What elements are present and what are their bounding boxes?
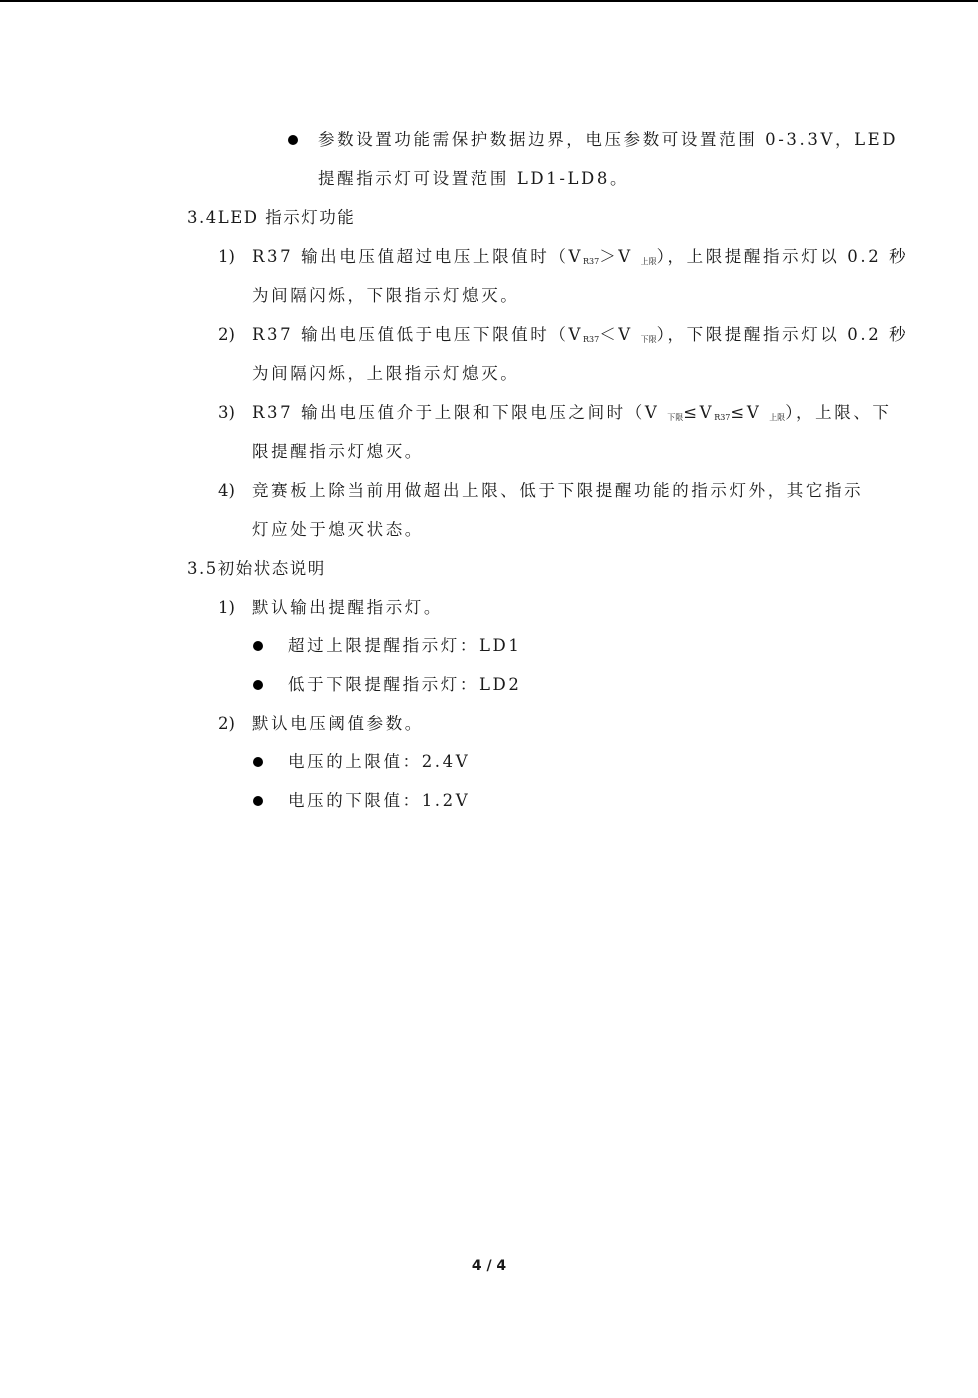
subscript: 上限 xyxy=(769,413,785,422)
subscript: R37 xyxy=(583,257,599,266)
item-number: 3) xyxy=(218,402,235,424)
text: ＜V xyxy=(599,325,640,344)
section-3-4-heading: 3.4LED 指示灯功能 xyxy=(187,207,355,229)
text: R37 输出电压值超过电压上限值时（V xyxy=(252,247,583,266)
text: ），下限提醒指示灯以 0.2 秒 xyxy=(657,325,909,344)
param-boundary-text-line2: 提醒指示灯可设置范围 LD1-LD8。 xyxy=(318,168,629,190)
led-rule-3-line2: 限提醒指示灯熄灭。 xyxy=(252,441,424,463)
bullet-icon xyxy=(253,796,263,806)
subscript: 上限 xyxy=(641,257,657,266)
lower-limit-led-text: 低于下限提醒指示灯：LD2 xyxy=(288,674,521,696)
item-number: 1) xyxy=(218,597,235,619)
led-rule-2-line1: R37 输出电压值低于电压下限值时（VR37＜V 下限），下限提醒指示灯以 0.… xyxy=(252,324,908,351)
page-number: 4 / 4 xyxy=(0,1258,978,1274)
subscript: 下限 xyxy=(667,413,683,422)
param-boundary-text-line1: 参数设置功能需保护数据边界，电压参数可设置范围 0-3.3V，LED xyxy=(318,129,898,151)
subscript: R37 xyxy=(714,413,730,422)
section-3-5-heading: 3.5初始状态说明 xyxy=(187,558,326,580)
top-border-line xyxy=(0,0,978,2)
text: R37 输出电压值介于上限和下限电压之间时（V xyxy=(252,403,667,422)
bullet-icon xyxy=(253,757,263,767)
led-rule-2-line2: 为间隔闪烁，上限指示灯熄灭。 xyxy=(252,363,519,385)
item-number: 1) xyxy=(218,246,235,268)
lower-voltage-text: 电压的下限值：1.2V xyxy=(288,790,470,812)
led-rule-1-line1: R37 输出电压值超过电压上限值时（VR37＞V 上限），上限提醒指示灯以 0.… xyxy=(252,246,908,273)
item-number: 2) xyxy=(218,713,235,735)
led-rule-4-line2: 灯应处于熄灭状态。 xyxy=(252,519,424,541)
led-rule-1-line2: 为间隔闪烁，下限指示灯熄灭。 xyxy=(252,285,519,307)
bullet-icon xyxy=(253,680,263,690)
subscript: R37 xyxy=(583,335,599,344)
upper-voltage-text: 电压的上限值：2.4V xyxy=(288,751,470,773)
bullet-icon xyxy=(253,641,263,651)
text: ），上限提醒指示灯以 0.2 秒 xyxy=(657,247,909,266)
bullet-icon xyxy=(288,135,298,145)
default-voltage-text: 默认电压阈值参数。 xyxy=(252,713,424,735)
text: ＞V xyxy=(599,247,640,266)
text: ），上限、下 xyxy=(785,403,891,422)
item-number: 4) xyxy=(218,480,235,502)
subscript: 下限 xyxy=(641,335,657,344)
upper-limit-led-text: 超过上限提醒指示灯：LD1 xyxy=(288,635,521,657)
text: ≤V xyxy=(683,403,714,422)
default-led-text: 默认输出提醒指示灯。 xyxy=(252,597,443,619)
led-rule-3-line1: R37 输出电压值介于上限和下限电压之间时（V 下限≤VR37≤V 上限），上限… xyxy=(252,402,892,429)
item-number: 2) xyxy=(218,324,235,346)
text: R37 输出电压值低于电压下限值时（V xyxy=(252,325,583,344)
led-rule-4-line1: 竞赛板上除当前用做超出上限、低于下限提醒功能的指示灯外，其它指示 xyxy=(252,480,863,502)
text: ≤V xyxy=(730,403,769,422)
